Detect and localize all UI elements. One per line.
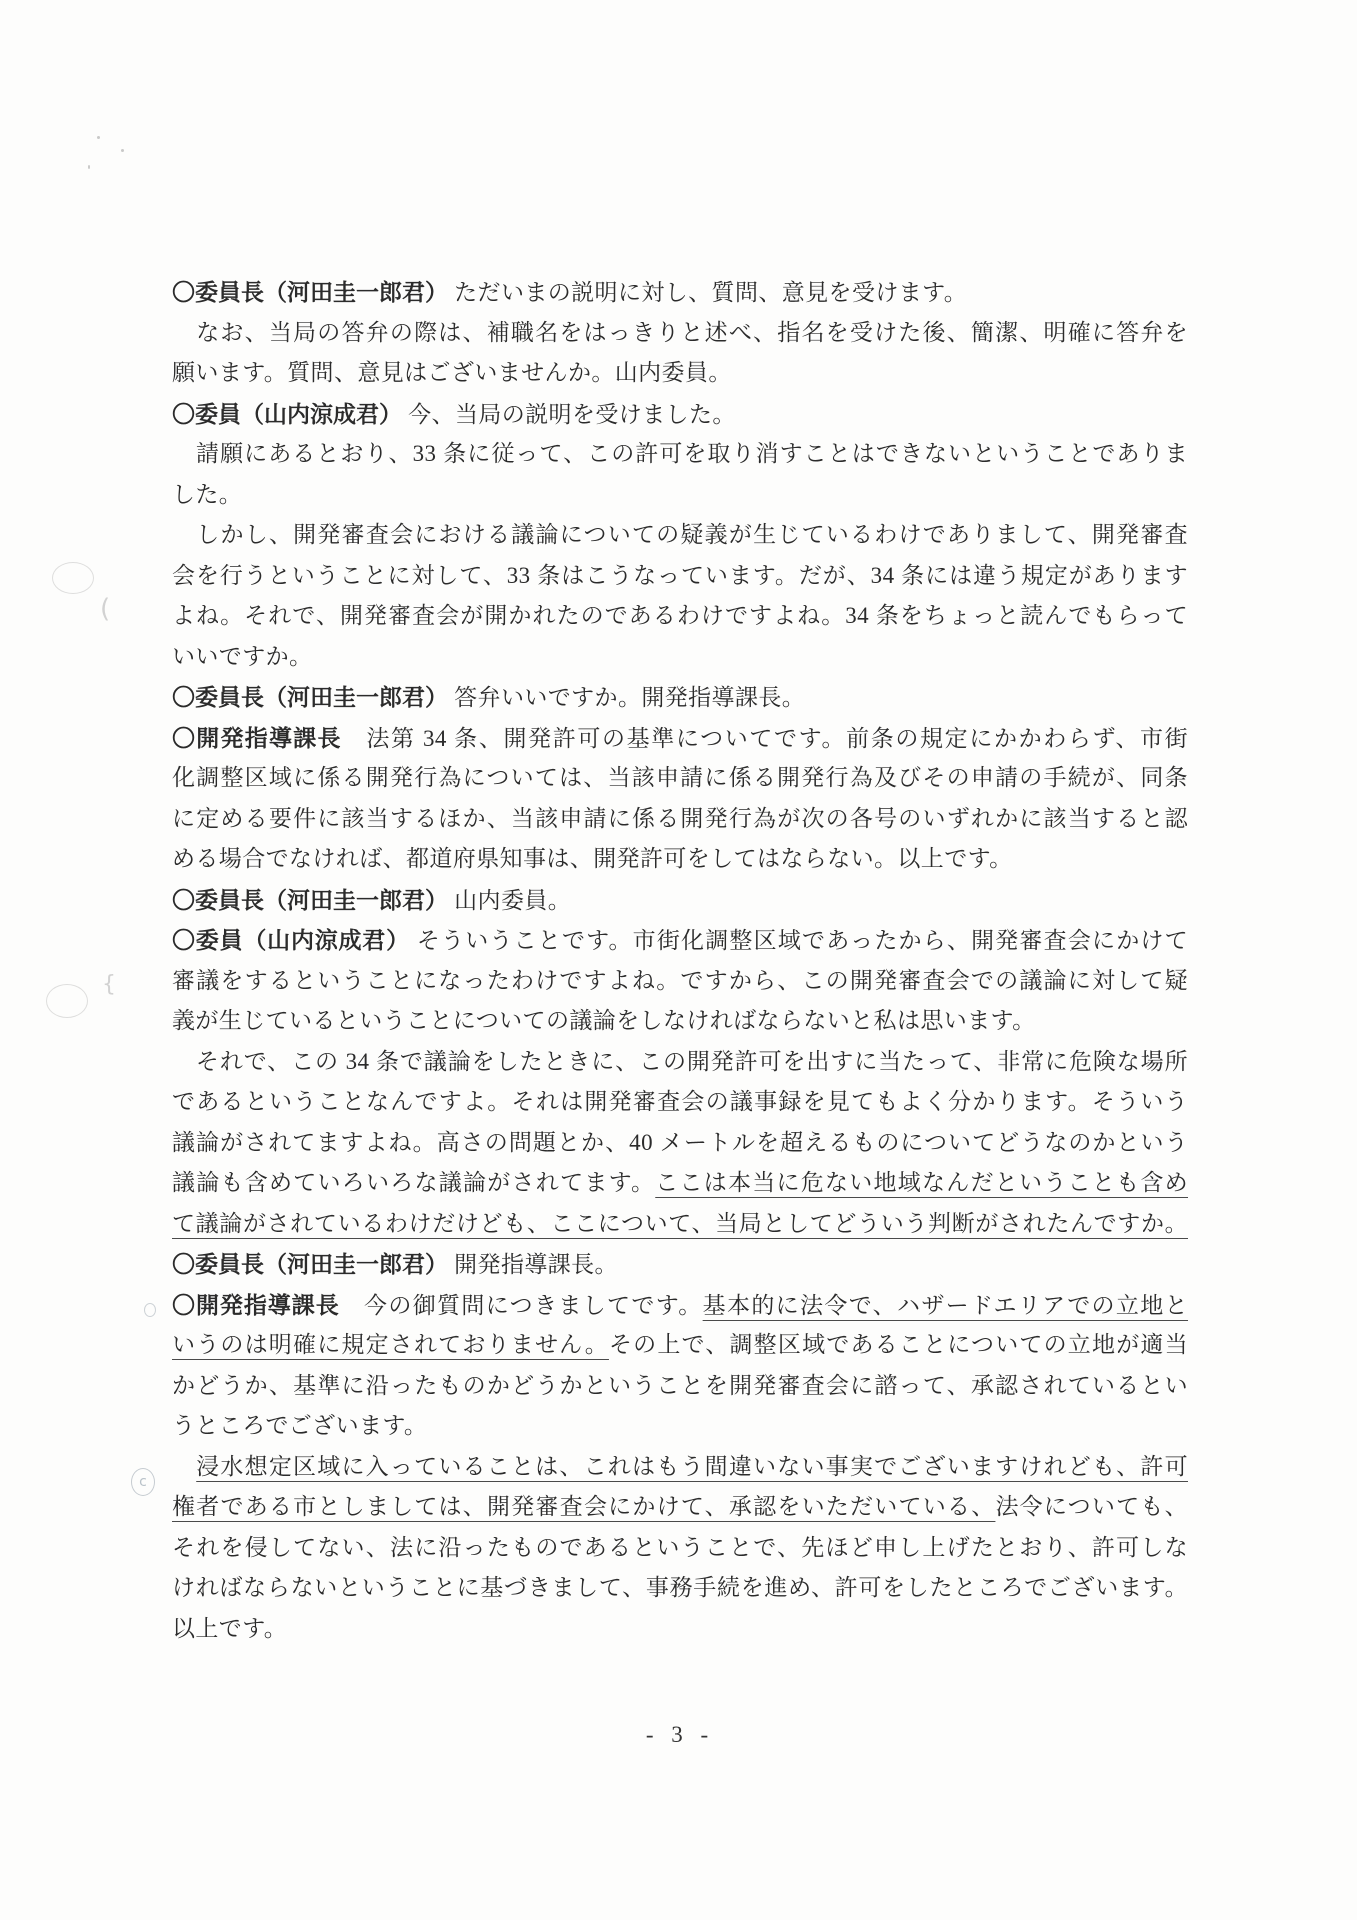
scan-brace-mark: {	[102, 972, 116, 997]
speaker-name: 〇委員長（河田圭一郎君）	[172, 1251, 448, 1277]
underlined-text: 権者である市としましては、開発審査会にかけて、承認をいただいている、	[172, 1494, 995, 1519]
text-segment: 今の御質問につきましてです。	[340, 1293, 703, 1318]
text-segment: した。	[172, 482, 242, 507]
underlined-text: 基本的に法令で、ハザードエリアでの立地と	[703, 1293, 1188, 1318]
transcript-line: 義が生じているということについての議論をしなければならないと私は思います。	[172, 1001, 1188, 1042]
text-segment: それを侵してない、法に沿ったものであるということで、先ほど申し上げたとおり、許可…	[172, 1535, 1188, 1560]
speaker-name: 〇委員長（河田圭一郎君）	[172, 684, 448, 710]
transcript-line: 〇開発指導課長 法第 34 条、開発許可の基準についてです。前条の規定にかかわら…	[172, 718, 1188, 759]
scan-speck	[121, 149, 124, 152]
transcript-line: 権者である市としましては、開発審査会にかけて、承認をいただいている、法令について…	[172, 1487, 1188, 1528]
text-segment: 山内委員。	[448, 888, 571, 913]
transcript-line: それを侵してない、法に沿ったものであるということで、先ほど申し上げたとおり、許可…	[172, 1528, 1188, 1569]
scan-speck	[97, 136, 100, 139]
text-segment: 願います。質問、意見はございませんか。山内委員。	[172, 360, 732, 385]
transcript-line: 以上です。	[172, 1609, 1188, 1650]
transcript-line: 〇委員（山内涼成君） そういうことです。市街化調整区域であったから、開発審査会に…	[172, 920, 1188, 961]
text-segment: める場合でなければ、都道府県知事は、開発許可をしてはならない。以上です。	[172, 846, 1013, 871]
transcript-line: 〇委員長（河田圭一郎君） ただいまの説明に対し、質問、意見を受けます。	[172, 272, 1188, 313]
transcript-line: しかし、開発審査会における議論についての疑義が生じているわけでありまして、開発審…	[172, 515, 1188, 556]
text-segment: 法令についても、	[995, 1494, 1188, 1519]
transcript-line: める場合でなければ、都道府県知事は、開発許可をしてはならない。以上です。	[172, 839, 1188, 880]
scan-circle-mark	[144, 1303, 156, 1317]
text-segment: 以上です。	[172, 1616, 287, 1641]
text-segment: その上で、調整区域であることについての立地が適当	[609, 1332, 1188, 1357]
transcript-line: 化調整区域に係る開発行為については、当該申請に係る開発行為及びその申請の手続が、…	[172, 758, 1188, 799]
text-segment: そういうことです。市街化調整区域であったから、開発審査会にかけて	[410, 928, 1188, 953]
underlined-text: て議論がされているわけだけども、ここについて、当局としてどういう判断がされたんで…	[172, 1211, 1188, 1236]
scan-circled-c-mark: c	[131, 1468, 155, 1496]
scan-smudge-oval	[52, 562, 94, 594]
text-segment: 法第 34 条、開発許可の基準についてです。前条の規定にかかわらず、市街	[342, 726, 1188, 751]
transcript-line: 〇委員長（河田圭一郎君） 答弁いいですか。開発指導課長。	[172, 677, 1188, 718]
transcript-line: に定める要件に該当するほか、当該申請に係る開発行為が次の各号のいずれかに該当する…	[172, 799, 1188, 840]
page-number: - 3 -	[172, 1722, 1188, 1748]
transcript-line: 〇委員長（河田圭一郎君） 開発指導課長。	[172, 1244, 1188, 1285]
text-segment: うところでございます。	[172, 1413, 427, 1438]
text-segment: ければならないということに基づきまして、事務手続を進め、許可をしたところでござい…	[172, 1575, 1188, 1600]
text-segment: 会を行うということに対して、33 条はこうなっています。だが、34 条には違う規…	[172, 563, 1188, 588]
underlined-text: ここは本当に危ない地域なんだということも含め	[655, 1170, 1188, 1195]
text-segment: であるということなんですよ。それは開発審査会の議事録を見てもよく分かります。そう…	[172, 1089, 1188, 1114]
transcript-line: 浸水想定区域に入っていることは、これはもう間違いない事実でございますけれども、許…	[172, 1447, 1188, 1488]
text-segment: それで、この 34 条で議論をしたときに、この開発許可を出すに当たって、非常に危…	[172, 1049, 1188, 1074]
transcript-line: 議論がされてますよね。高さの問題とか、40 メートルを超えるものについてどうなの…	[172, 1123, 1188, 1164]
transcript-text-block: 〇委員長（河田圭一郎君） ただいまの説明に対し、質問、意見を受けます。 なお、当…	[172, 272, 1188, 1649]
underlined-text: 浸水想定区域に入っていることは、これはもう間違いない事実でございますけれども、許…	[196, 1454, 1188, 1479]
text-segment: に定める要件に該当するほか、当該申請に係る開発行為が次の各号のいずれかに該当する…	[172, 806, 1188, 831]
text-segment: かどうか、基準に沿ったものかどうかということを開発審査会に諮って、承認されている…	[172, 1373, 1188, 1398]
transcript-line: 会を行うということに対して、33 条はこうなっています。だが、34 条には違う規…	[172, 556, 1188, 597]
scan-smudge-oval	[46, 984, 88, 1018]
transcript-line: うところでございます。	[172, 1406, 1188, 1447]
transcript-line: 議論も含めていろいろな議論がされてます。ここは本当に危ない地域なんだということも…	[172, 1163, 1188, 1204]
transcript-line: 請願にあるとおり、33 条に従って、この許可を取り消すことはできないということで…	[172, 434, 1188, 475]
transcript-line: かどうか、基準に沿ったものかどうかということを開発審査会に諮って、承認されている…	[172, 1366, 1188, 1407]
transcript-line: 審議をするということになったわけですよね。ですから、この開発審査会での議論に対し…	[172, 961, 1188, 1002]
transcript-line: した。	[172, 475, 1188, 516]
transcript-line: て議論がされているわけだけども、ここについて、当局としてどういう判断がされたんで…	[172, 1204, 1188, 1245]
transcript-line: 〇委員長（河田圭一郎君） 山内委員。	[172, 880, 1188, 921]
text-segment: よね。それで、開発審査会が開かれたのであるわけですよね。34 条をちょっと読んで…	[172, 603, 1188, 628]
text-segment: 議論がされてますよね。高さの問題とか、40 メートルを超えるものについてどうなの…	[172, 1130, 1188, 1155]
transcript-line: いいですか。	[172, 637, 1188, 678]
text-segment: しかし、開発審査会における議論についての疑義が生じているわけでありまして、開発審…	[172, 522, 1188, 547]
text-segment: 請願にあるとおり、33 条に従って、この許可を取り消すことはできないということで…	[172, 441, 1188, 466]
transcript-line: 〇委員（山内涼成君） 今、当局の説明を受けました。	[172, 394, 1188, 435]
text-segment: 審議をするということになったわけですよね。ですから、この開発審査会での議論に対し…	[172, 968, 1188, 993]
speaker-name: 〇開発指導課長	[172, 725, 342, 751]
speaker-name: 〇委員長（河田圭一郎君）	[172, 279, 448, 305]
text-segment: 答弁いいですか。開発指導課長。	[448, 685, 805, 710]
text-segment: なお、当局の答弁の際は、補職名をはっきりと述べ、指名を受けた後、簡潔、明確に答弁…	[172, 320, 1188, 345]
underlined-text: いうのは明確に規定されておりません。	[172, 1332, 609, 1357]
transcript-line: よね。それで、開発審査会が開かれたのであるわけですよね。34 条をちょっと読んで…	[172, 596, 1188, 637]
speaker-name: 〇委員（山内涼成君）	[172, 401, 402, 427]
text-segment: ただいまの説明に対し、質問、意見を受けます。	[448, 280, 967, 305]
transcript-line: なお、当局の答弁の際は、補職名をはっきりと述べ、指名を受けた後、簡潔、明確に答弁…	[172, 313, 1188, 354]
text-segment: 議論も含めていろいろな議論がされてます。	[172, 1170, 655, 1195]
speaker-name: 〇委員長（河田圭一郎君）	[172, 887, 448, 913]
speaker-name: 〇開発指導課長	[172, 1292, 340, 1318]
scan-paren-mark: (	[100, 594, 110, 624]
text-segment: 化調整区域に係る開発行為については、当該申請に係る開発行為及びその申請の手続が、…	[172, 765, 1188, 790]
text-segment: 今、当局の説明を受けました。	[402, 402, 736, 427]
transcript-line: 〇開発指導課長 今の御質問につきましてです。基本的に法令で、ハザードエリアでの立…	[172, 1285, 1188, 1326]
transcript-line: ければならないということに基づきまして、事務手続を進め、許可をしたところでござい…	[172, 1568, 1188, 1609]
text-segment: 開発指導課長。	[448, 1252, 618, 1277]
transcript-line: 願います。質問、意見はございませんか。山内委員。	[172, 353, 1188, 394]
scanned-document-page: ( { c 〇委員長（河田圭一郎君） ただいまの説明に対し、質問、意見を受けます…	[0, 0, 1357, 1920]
transcript-line: であるということなんですよ。それは開発審査会の議事録を見てもよく分かります。そう…	[172, 1082, 1188, 1123]
text-segment: いいですか。	[172, 644, 312, 669]
text-segment	[172, 1454, 196, 1479]
scan-speck	[88, 165, 90, 169]
transcript-line: いうのは明確に規定されておりません。その上で、調整区域であることについての立地が…	[172, 1325, 1188, 1366]
speaker-name: 〇委員（山内涼成君）	[172, 927, 410, 953]
transcript-line: それで、この 34 条で議論をしたときに、この開発許可を出すに当たって、非常に危…	[172, 1042, 1188, 1083]
text-segment: 義が生じているということについての議論をしなければならないと私は思います。	[172, 1008, 1036, 1033]
